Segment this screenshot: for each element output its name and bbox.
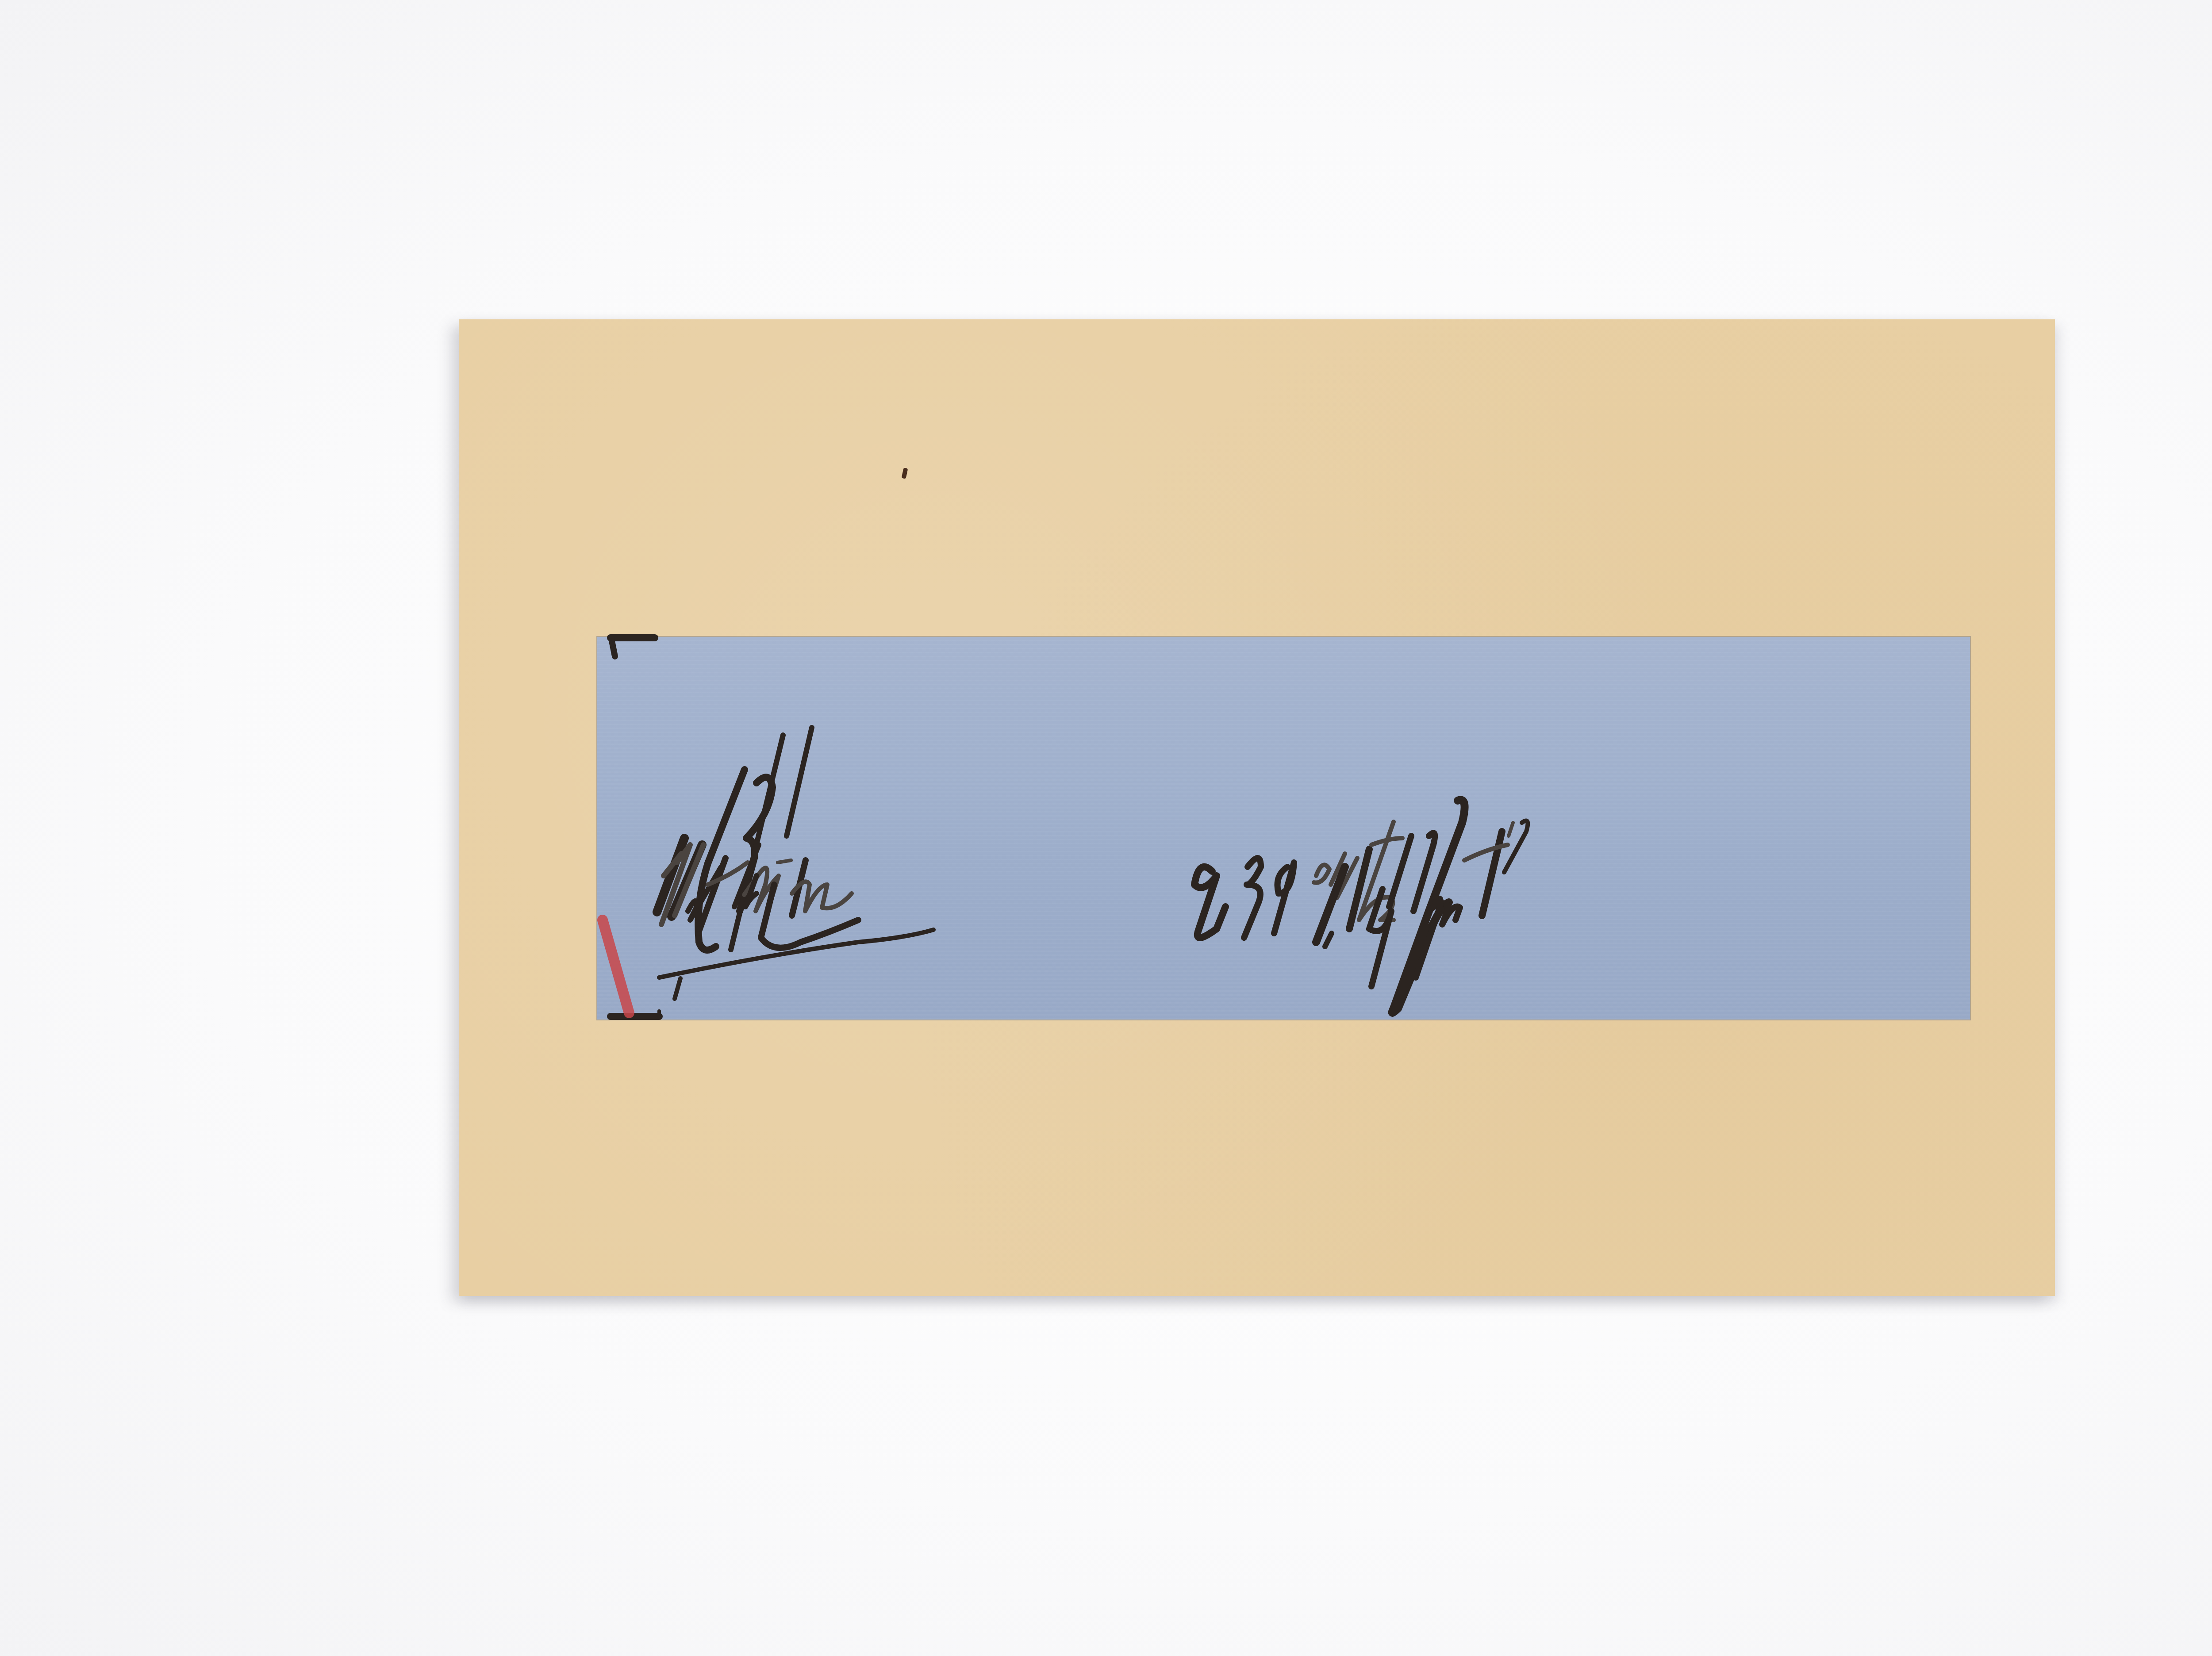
blue-paper-slip: ll B/ist wa „be fact” 239 ⁰⁄, 15, 17, Vd… bbox=[597, 637, 1970, 1020]
envelope: ll B/ist wa „be fact” 239 ⁰⁄, 15, 17, Vd… bbox=[459, 319, 2055, 1296]
inscription-line2-strokes bbox=[1194, 833, 1440, 986]
red-pencil-slash bbox=[603, 920, 629, 1013]
corner-bracket-top-icon bbox=[611, 638, 655, 656]
corner-bracket-bottom-icon bbox=[611, 1011, 659, 1016]
ink-speck bbox=[902, 468, 908, 479]
handwriting-layer bbox=[597, 637, 1970, 1020]
